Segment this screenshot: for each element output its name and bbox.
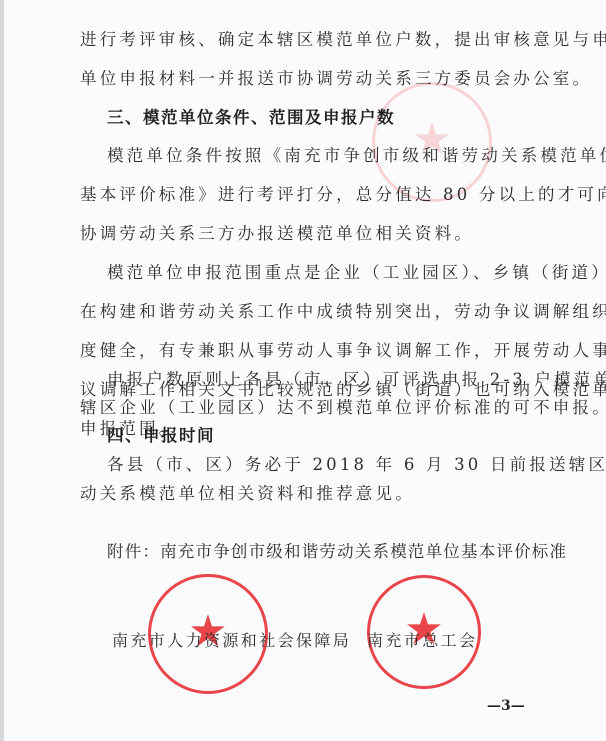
body-line-13: 辖区企业（工业园区）达不到模范单位评价标准的可不申报。 <box>80 398 606 418</box>
signature-trade-union: 南充市总工会 <box>367 628 477 651</box>
body-line-4: 模范单位条件按照《南充市争创市级和谐劳动关系模范单位 <box>107 146 606 166</box>
body-line-5: 基本评价标准》进行考评打分，总分值达 80 分以上的才可向市 <box>80 185 606 205</box>
body-line-7: 模范单位申报范围重点是企业（工业园区）、乡镇（街道） <box>107 263 606 283</box>
page-number: —3— <box>487 698 525 714</box>
body-line-9: 度健全，有专兼职从事劳动人事争议调解工作，开展劳动人事争 <box>80 341 606 361</box>
attachment-line: 附件：南充市争创市级和谐劳动关系模范单位基本评价标准 <box>107 542 567 562</box>
faint-stamp: ★ <box>372 82 492 202</box>
body-line-16: 动关系模范单位相关资料和推荐意见。 <box>80 484 415 504</box>
section-heading-4: 四、申报时间 <box>107 426 215 446</box>
signature-hrss-bureau: 南充市人力资源和社会保障局 <box>112 628 351 651</box>
body-line-1: 进行考评审核、确定本辖区模范单位户数，提出审核意见与申报 <box>80 30 606 50</box>
section-heading-3: 三、模范单位条件、范围及申报户数 <box>107 108 395 128</box>
body-line-12: 申报户数原则上各县（市、区）可评选申报 2-3 户模范单位。 <box>107 370 606 390</box>
body-line-6: 协调劳动关系三方办报送模范单位相关资料。 <box>80 224 474 244</box>
document-page: ★ 进行考评审核、确定本辖区模范单位户数，提出审核意见与申报 单位申报材料一并报… <box>0 0 606 741</box>
body-line-8: 在构建和谐劳动关系工作中成绩特别突出，劳动争议调解组织制 <box>80 302 606 322</box>
body-line-15: 各县（市、区）务必于 2018 年 6 月 30 日前报送辖区和谐劳 <box>107 455 606 475</box>
body-line-2: 单位申报材料一并报送市协调劳动关系三方委员会办公室。 <box>80 69 592 89</box>
